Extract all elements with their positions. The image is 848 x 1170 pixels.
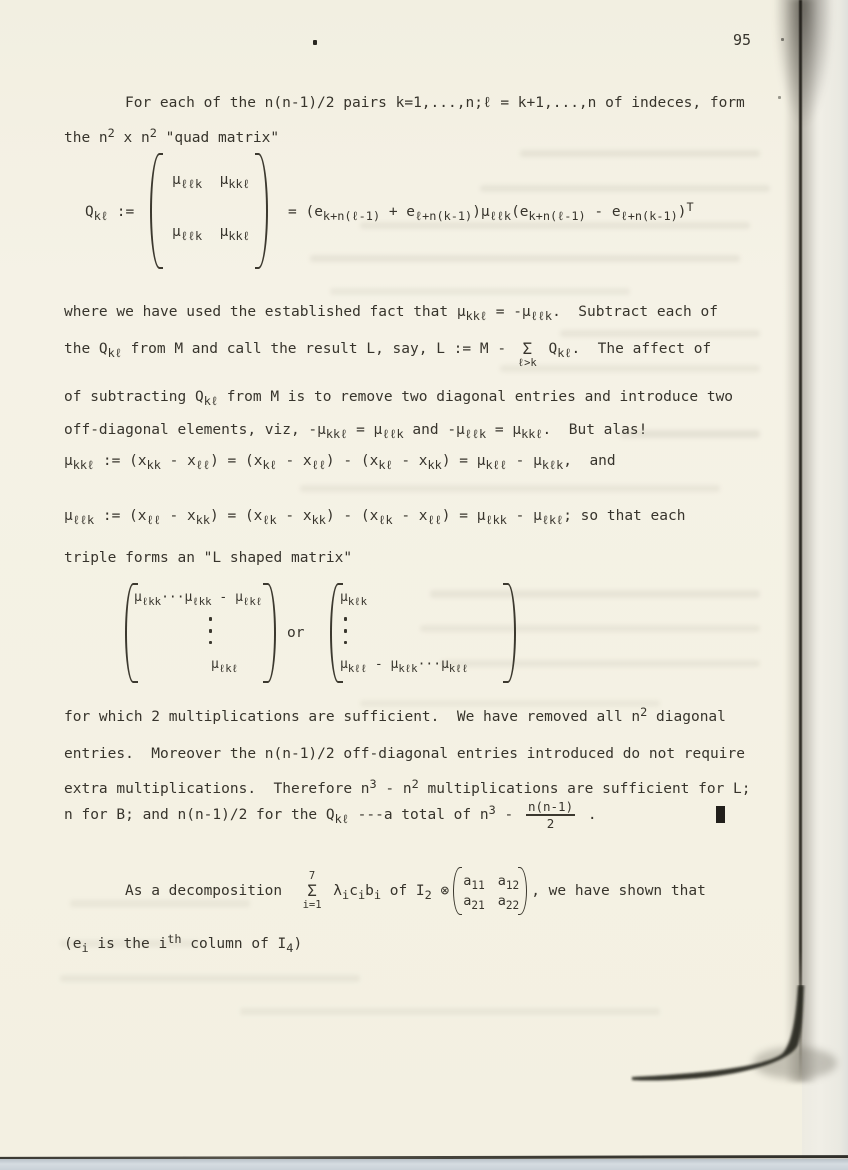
matrix-entry: a12 [498, 873, 519, 889]
matrix-row: μℓℓk μkkℓ [172, 224, 250, 240]
text-line: triple forms an "L shaped matrix" [64, 549, 352, 567]
matrix-entry: a21 [463, 893, 484, 909]
text-segment: , we have shown that [531, 883, 706, 899]
right-paren [263, 583, 276, 683]
text-line: off-diagonal elements, viz, -μkkℓ = μℓℓk… [64, 421, 647, 439]
l-matrix-right: μkℓk μkℓℓ - μkℓk···μkℓℓ [330, 583, 516, 683]
equation-rhs: = (ek+n(ℓ-1) + eℓ+n(k-1))μℓℓk(ek+n(ℓ-1) … [288, 203, 694, 221]
text-line: the n2 x n2 "quad matrix" [64, 129, 279, 147]
fraction: n(n-1) 2 [526, 800, 575, 831]
text-line: the Qkℓ from M and call the result L, sa… [64, 328, 711, 370]
right-paren [255, 153, 268, 269]
bleedthrough-artifact [520, 150, 760, 157]
text-segment: λicibi of I2 ⊗ [325, 883, 450, 899]
vertical-dots [344, 617, 347, 644]
proof-end-marker [716, 806, 725, 823]
text-segment: . [579, 807, 596, 823]
text-line: (ei is the ith column of I4) [64, 935, 302, 953]
right-paren [503, 583, 516, 683]
left-paren [150, 153, 163, 269]
or-text: or [287, 624, 304, 642]
page-number: 95 [733, 31, 751, 50]
text-segment: the Qkℓ from M and call the result L, sa… [64, 341, 515, 357]
text-line: where we have used the established fact … [64, 303, 718, 321]
text-line: μkkℓ := (xkk - xℓℓ) = (xkℓ - xℓℓ) - (xkℓ… [64, 452, 616, 470]
matrix-row: μkℓk [340, 590, 367, 605]
quad-matrix: μℓℓk μkkℓ μℓℓk μkkℓ [150, 153, 268, 269]
summation-symbol: 7 Σ i=1 [303, 871, 322, 911]
matrix-row: μℓkk···μℓkk - μℓkℓ [134, 590, 262, 605]
text-segment: Qkℓ. The affect of [540, 341, 711, 357]
bleedthrough-artifact [330, 288, 630, 295]
text-line: n for B; and n(n-1)/2 for the Qkℓ ---a t… [64, 795, 597, 835]
text-line: As a decomposition 7 Σ i=1 λicibi of I2 … [125, 866, 706, 916]
text-segment: n for B; and n(n-1)/2 for the Qkℓ ---a t… [64, 807, 522, 823]
scanned-page: { "page": { "number": "95" }, "content":… [0, 0, 848, 1170]
text-line: of subtracting Qkℓ from M is to remove t… [64, 388, 733, 406]
matrix-entry: a22 [498, 893, 519, 909]
text-line: For each of the n(n-1)/2 pairs k=1,...,n… [125, 94, 745, 112]
text-line: entries. Moreover the n(n-1)/2 off-diago… [64, 745, 745, 763]
left-paren [453, 867, 462, 915]
vertical-dots [209, 617, 212, 644]
page-curl-shadow [630, 985, 848, 1090]
bleedthrough-artifact [60, 975, 360, 982]
matrix-row: μℓℓk μkkℓ [172, 172, 250, 188]
binding-shadow-top [762, 0, 834, 246]
l-matrix-left: μℓkk···μℓkk - μℓkℓ μℓkℓ [125, 583, 276, 683]
text-segment: As a decomposition [125, 883, 300, 899]
text-line: μℓℓk := (xℓℓ - xkk) = (xℓk - xkk) - (xℓk… [64, 507, 685, 525]
bleedthrough-artifact [360, 700, 660, 707]
dust-speck [313, 40, 317, 45]
a-matrix: a11 a12 a21 a22 [453, 867, 527, 915]
equation-lhs: Qkℓ := [85, 203, 134, 221]
page-edge-line [799, 0, 802, 1080]
summation-symbol: Σ ℓ>k [518, 329, 537, 369]
text-line: for which 2 multiplications are sufficie… [64, 708, 726, 726]
matrix-entry: a11 [463, 873, 484, 889]
matrix-row: μkℓℓ - μkℓk···μkℓℓ [340, 657, 468, 672]
scanner-background-strip [0, 1159, 848, 1170]
bleedthrough-artifact [480, 185, 770, 192]
bleedthrough-artifact [360, 222, 750, 229]
bleedthrough-artifact [240, 1008, 660, 1015]
matrix-row: μℓkℓ [211, 657, 238, 672]
bleedthrough-artifact [300, 485, 720, 492]
bleedthrough-artifact [310, 255, 740, 262]
